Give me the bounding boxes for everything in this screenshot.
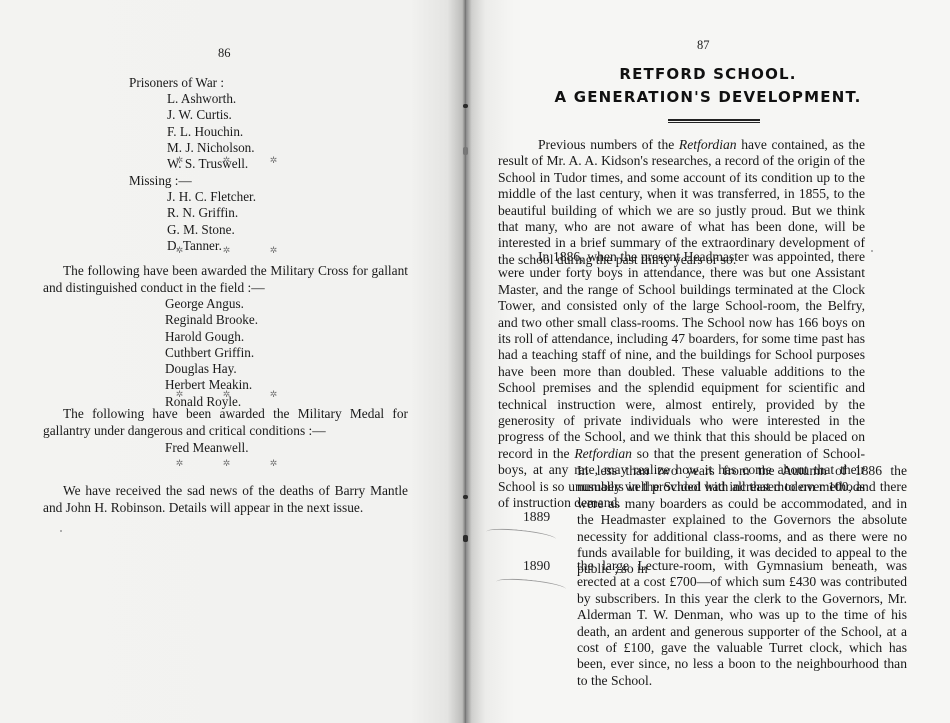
list-item: L. Ashworth. (167, 91, 255, 107)
list-item: George Angus. (165, 296, 258, 312)
right-page: 87 RETFORD SCHOOL. A GENERATION'S DEVELO… (466, 0, 950, 723)
section-separator: ✲✲✲ (156, 156, 297, 166)
left-page: 86 Prisoners of War : L. Ashworth. J. W.… (0, 0, 466, 723)
article-subtitle: A GENERATION'S DEVELOPMENT. (466, 88, 950, 106)
title-divider (668, 119, 760, 121)
list-item: Cuthbert Griffin. (165, 345, 258, 361)
paper-speck (60, 530, 62, 532)
margin-year-1889: 1889 (523, 509, 550, 525)
staple-mark (463, 495, 468, 499)
section-separator: ✲✲✲ (156, 459, 297, 469)
page-number: 86 (218, 46, 231, 61)
prisoners-heading: Prisoners of War : (129, 75, 224, 91)
section-separator: ✲✲✲ (156, 246, 297, 256)
deaths-notice: We have received the sad news of the dea… (43, 483, 408, 516)
page-number: 87 (697, 38, 710, 53)
list-item: M. J. Nicholson. (167, 140, 255, 156)
list-item: Harold Gough. (165, 329, 258, 345)
list-item: G. M. Stone. (167, 222, 256, 238)
military-cross-text: The following have been awarded the Mili… (43, 263, 408, 296)
list-item: Reginald Brooke. (165, 312, 258, 328)
article-title: RETFORD SCHOOL. (466, 65, 950, 83)
missing-list: J. H. C. Fletcher. R. N. Griffin. G. M. … (167, 189, 256, 254)
title-divider (668, 122, 760, 123)
staple-mark (463, 147, 468, 155)
list-item: R. N. Griffin. (167, 205, 256, 221)
missing-heading: Missing :— (129, 173, 192, 189)
list-item: Douglas Hay. (165, 361, 258, 377)
list-item: F. L. Houchin. (167, 124, 255, 140)
pencil-mark (496, 576, 567, 594)
military-medal-text: The following have been awarded the Mili… (43, 406, 408, 439)
list-item: J. W. Curtis. (167, 107, 255, 123)
pencil-mark (486, 526, 557, 544)
section-separator: ✲✲✲ (156, 390, 297, 400)
staple-mark (463, 535, 468, 542)
margin-year-1890: 1890 (523, 558, 550, 574)
military-medal-list: Fred Meanwell. (165, 440, 249, 456)
book-spread: 86 Prisoners of War : L. Ashworth. J. W.… (0, 0, 950, 723)
publication-name: Retfordian (679, 137, 737, 152)
publication-name: Retfordian (574, 446, 632, 461)
staple-mark (463, 104, 468, 108)
paper-speck (871, 250, 873, 252)
paragraph-4: the large Lecture-room, with Gymnasium b… (577, 558, 907, 689)
list-item: J. H. C. Fletcher. (167, 189, 256, 205)
list-item: Fred Meanwell. (165, 440, 249, 456)
